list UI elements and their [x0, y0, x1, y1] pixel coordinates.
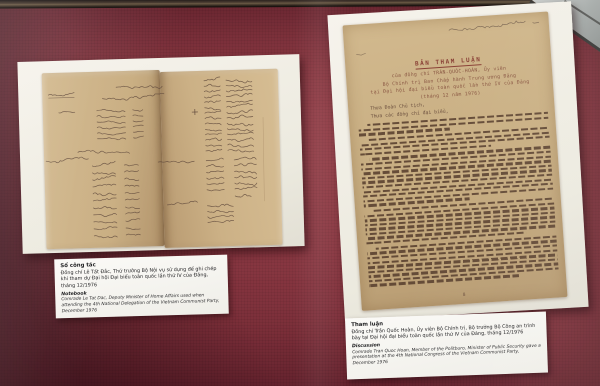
typed-body-paragraph — [367, 235, 559, 287]
right-label-card: Tham luận Đồng chí Trần Quốc Hoàn, Ủy vi… — [345, 312, 548, 380]
right-exhibit-mat: BẢN THAM LUẬN của đồng chí TRẦN-QUỐC-HOÀ… — [327, 1, 588, 321]
typed-document-page: BẢN THAM LUẬN của đồng chí TRẦN-QUỐC-HOÀ… — [343, 11, 568, 310]
label-body-en: Comrade Le Tat Dac, Deputy Minister of H… — [61, 293, 222, 315]
display-case: BẢN THAM LUẬN của đồng chí TRẦN-QUỐC-HOÀ… — [0, 0, 600, 386]
typed-body-text — [358, 112, 559, 291]
notebook-handwriting — [17, 54, 304, 254]
typed-body-paragraph — [361, 146, 554, 207]
left-label-card: Sổ công tác Đồng chí Lê Tất Đắc, Thứ trư… — [54, 255, 229, 319]
left-exhibit-mat — [17, 54, 304, 254]
label-body-vi: Đồng chí Lê Tất Đắc, Thứ trưởng Bộ Nội v… — [61, 266, 222, 290]
